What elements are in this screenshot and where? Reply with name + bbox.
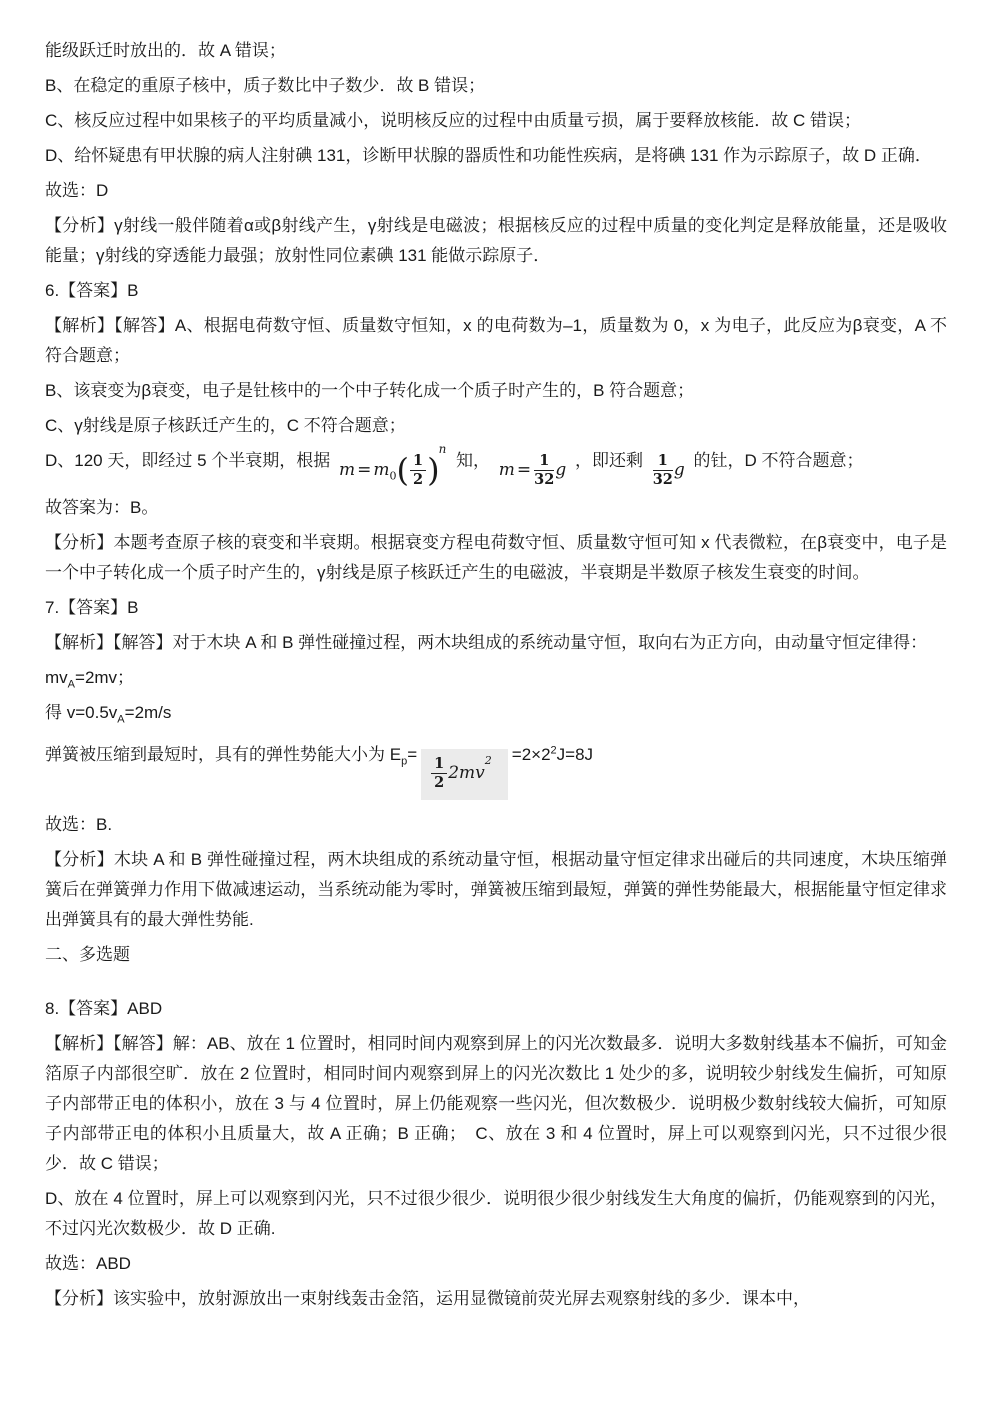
q5-option-c: C、核反应过程中如果核子的平均质量减小，说明核反应的过程中由质量亏损，属于要释放… [45,106,947,136]
q5-answer-choice: 故选：D [45,176,947,206]
subscript-A: A [68,678,75,690]
q6-explanation-d: D、120 天，即经过 5 个半衰期，根据 m=m0(12)n 知， m=132… [45,446,947,488]
math-fraction-one-thirtysecond: 132 [534,453,554,488]
text-segment: =2×2 [512,745,551,764]
math-equals: = [515,460,533,480]
math-subscript-0: 0 [390,469,397,482]
answer-key-page: 能级跃迁时放出的．故 A 错误； B、在稳定的重原子核中，质子数比中子数少．故 … [0,0,992,1403]
q7-answer: 7.【答案】B [45,593,947,623]
section-heading-multiple-choice: 二、多选题 [45,940,947,970]
q6-answer-final: 故答案为：B。 [45,493,947,523]
text-segment: 知， [456,451,490,470]
math-unit-g: g [555,460,566,480]
math-var-m: m [339,460,355,480]
q7-answer-choice: 故选：B. [45,810,947,840]
q6-analysis: 【分析】本题考查原子核的衰变和半衰期。根据衰变方程电荷数守恒、质量数守恒可知 x… [45,528,947,588]
formula-remaining-mass-2: 132g [652,453,685,488]
math-fraction-one-half: 12 [431,756,447,791]
q5-option-b: B、在稳定的重原子核中，质子数比中子数少．故 B 错误； [45,71,947,101]
q5-option-d: D、给怀疑患有甲状腺的病人注射碘 131，诊断甲状腺的器质性和功能性疾病，是将碘… [45,141,947,171]
text-segment: =2mv； [75,668,134,687]
text-segment: 的钍，D 不符合题意； [694,451,864,470]
math-var-m: m [499,460,515,480]
q7-analysis: 【分析】木块 A 和 B 弹性碰撞过程，两木块组成的系统动量守恒，根据动量守恒定… [45,845,947,935]
q7-speed-result: 得 v=0.5vA=2m/s [45,698,947,728]
formula-spring-energy: 122mv2 [421,749,508,800]
math-exponent-n: n [439,442,447,456]
math-fraction-one-thirtysecond: 132 [653,453,673,488]
q8-analysis: 【分析】该实验中，放射源放出一束射线轰击金箔，运用显微镜前荧光屏去观察射线的多少… [45,1284,947,1314]
q7-explanation: 【解析】【解答】对于木块 A 和 B 弹性碰撞过程，两木块组成的系统动量守恒，取… [45,628,947,658]
math-var-m0: m [373,460,389,480]
q7-energy-equation: 弹簧被压缩到最短时，具有的弹性势能大小为 Ep=122mv2=2×22J=8J [45,740,947,800]
q5-option-a-tail: 能级跃迁时放出的．故 A 错误； [45,36,947,66]
q8-answer-choice: 故选：ABD [45,1249,947,1279]
q8-explanation-d: D、放在 4 位置时，屏上可以观察到闪光，只不过很少很少．说明很少很少射线发生大… [45,1184,947,1244]
subscript-A: A [117,713,124,725]
q6-answer: 6.【答案】B [45,276,947,306]
q6-explanation-c: C、γ射线是原子核跃迁产生的，C 不符合题意； [45,411,947,441]
text-segment: =2m/s [125,703,172,722]
math-unit-g: g [674,460,685,480]
text-segment: J=8J [557,745,593,764]
math-exponent-2: 2 [485,754,492,767]
q6-explanation-a: 【解析】【解答】A、根据电荷数守恒、质量数守恒知，x 的电荷数为–1，质量数为 … [45,311,947,371]
q8-answer: 8.【答案】ABD [45,994,947,1024]
text-segment: D、120 天，即经过 5 个半衰期，根据 [45,451,330,470]
text-segment: mv [45,668,68,687]
text-segment: 弹簧被压缩到最短时，具有的弹性势能大小为 E [45,745,401,764]
q7-momentum-equation: mvA=2mv； [45,663,947,693]
text-segment: = [407,745,417,764]
formula-half-life: m=m0(12)n [339,453,447,488]
math-left-paren: ( [397,451,409,489]
math-fraction-one-half: 12 [410,453,426,488]
math-equals: = [355,460,373,480]
text-segment: ，即还剩 [575,451,643,470]
math-expr-2mv: 2mv [448,763,485,783]
q8-explanation-ab: 【解析】【解答】解：AB、放在 1 位置时，相同时间内观察到屏上的闪光次数最多．… [45,1029,947,1179]
formula-remaining-mass: m=132g [499,453,566,488]
text-segment: 得 v=0.5v [45,703,117,722]
math-right-paren: ) [427,451,439,489]
q5-analysis: 【分析】γ射线一般伴随着α或β射线产生，γ射线是电磁波；根据核反应的过程中质量的… [45,211,947,271]
q6-explanation-b: B、该衰变为β衰变，电子是钍核中的一个中子转化成一个质子时产生的，B 符合题意； [45,376,947,406]
